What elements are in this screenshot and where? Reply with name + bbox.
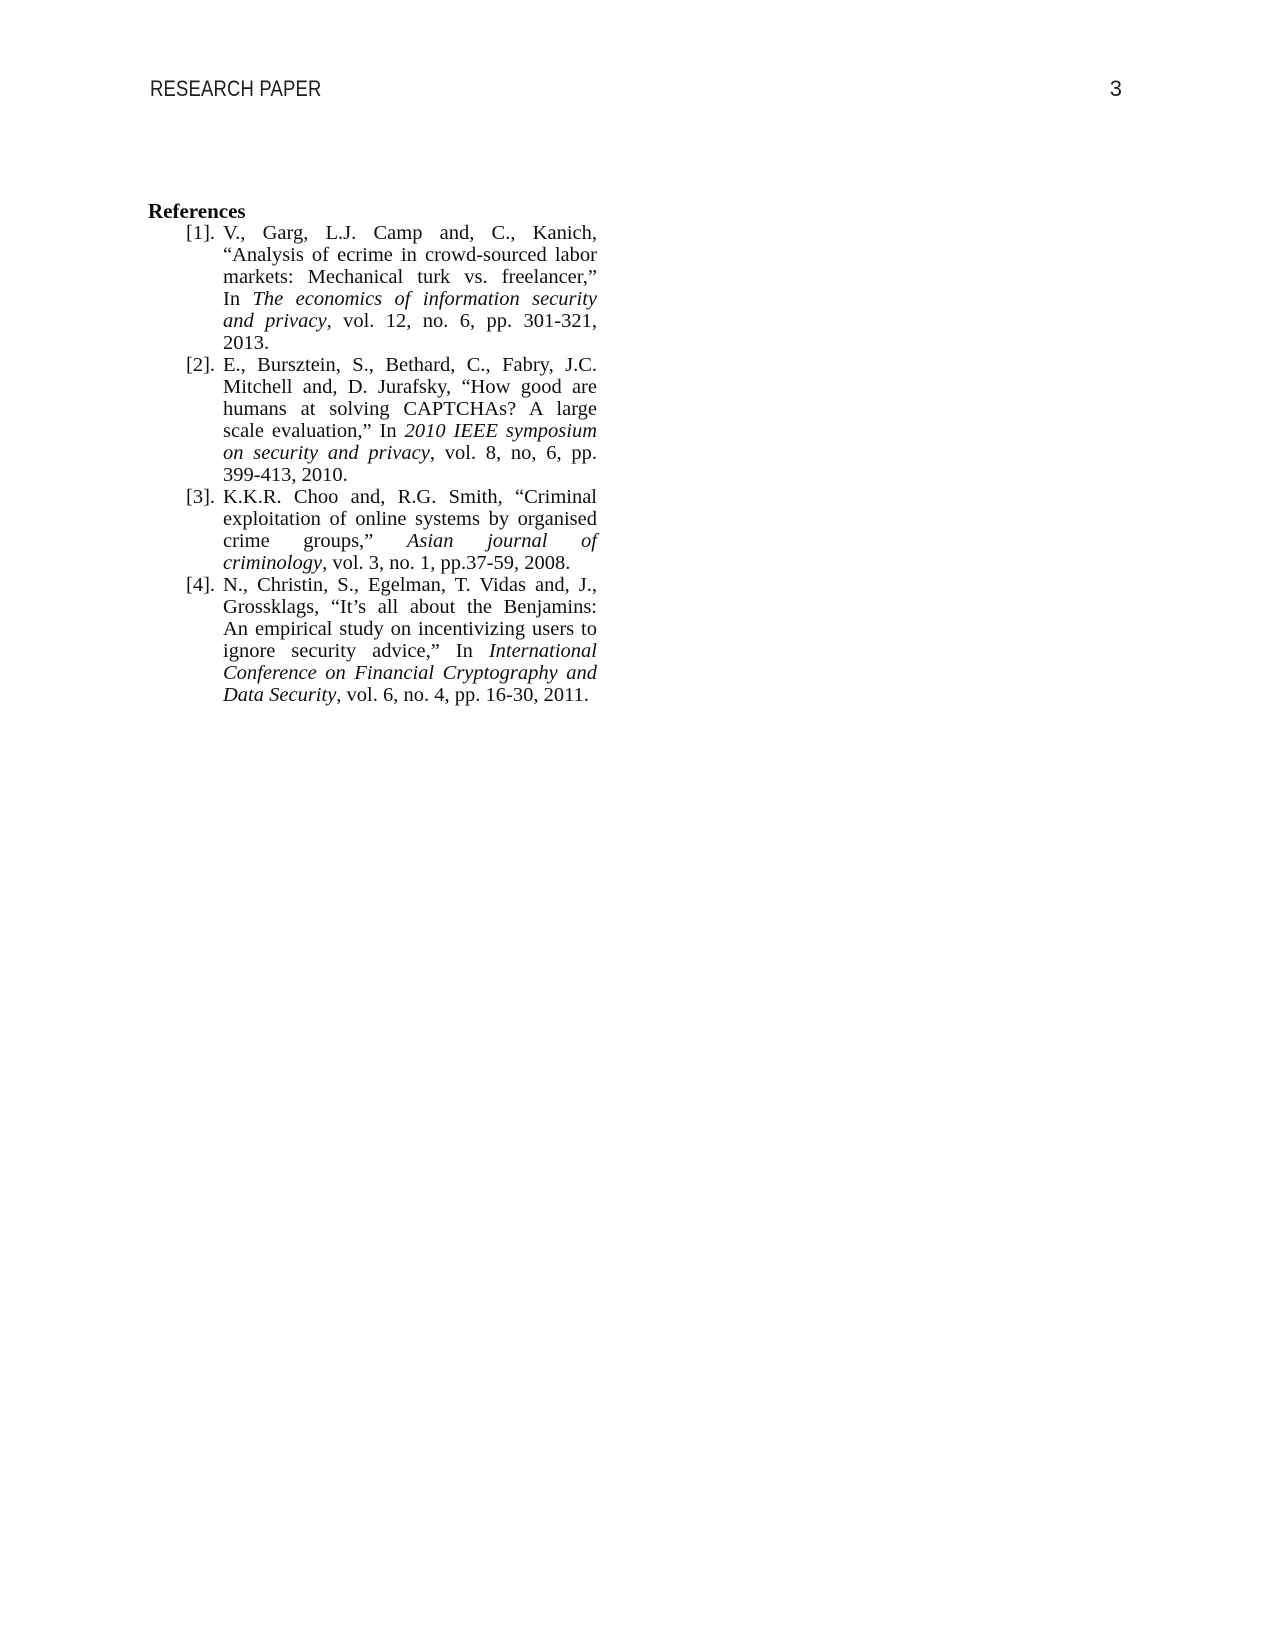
reference-segment: Grossklags, “It’s all about the Benjamin… bbox=[223, 596, 597, 618]
reference-text: K.K.R. Choo and, R.G. Smith, “Criminalex… bbox=[223, 486, 597, 574]
reference-number: [2]. bbox=[186, 354, 223, 376]
reference-text: E., Bursztein, S., Bethard, C., Fabry, J… bbox=[223, 354, 597, 486]
reference-line: criminology, vol. 3, no. 1, pp.37-59, 20… bbox=[223, 552, 597, 574]
document-page: RESEARCH PAPER 3 References [1].V., Garg… bbox=[0, 0, 1275, 1651]
reference-segment: ignore security advice,” In bbox=[223, 640, 489, 662]
reference-italic-segment: International bbox=[489, 640, 597, 662]
reference-line: markets: Mechanical turk vs. freelancer,… bbox=[223, 266, 597, 288]
reference-segment: “Analysis of ecrime in crowd-sourced lab… bbox=[223, 244, 597, 266]
reference-segment: E., Bursztein, S., Bethard, C., Fabry, J… bbox=[223, 354, 597, 376]
reference-line: 2013. bbox=[223, 332, 597, 354]
reference-italic-segment: Data Security bbox=[223, 684, 336, 706]
reference-number: [3]. bbox=[186, 486, 223, 508]
reference-line: ignore security advice,” In Internationa… bbox=[223, 640, 597, 662]
reference-number: [1]. bbox=[186, 222, 223, 244]
references-list: [1].V., Garg, L.J. Camp and, C., Kanich,… bbox=[148, 222, 600, 706]
reference-segment: crime groups,” bbox=[223, 530, 407, 552]
reference-line: Grossklags, “It’s all about the Benjamin… bbox=[223, 596, 597, 618]
reference-text: V., Garg, L.J. Camp and, C., Kanich,“Ana… bbox=[223, 222, 597, 354]
reference-text: N., Christin, S., Egelman, T. Vidas and,… bbox=[223, 574, 597, 706]
reference-line: scale evaluation,” In 2010 IEEE symposiu… bbox=[223, 420, 597, 442]
reference-segment: V., Garg, L.J. Camp and, C., Kanich, bbox=[223, 222, 597, 244]
reference-line: exploitation of online systems by organi… bbox=[223, 508, 597, 530]
reference-segment: K.K.R. Choo and, R.G. Smith, “Criminal bbox=[223, 486, 597, 508]
reference-segment: markets: Mechanical turk vs. freelancer,… bbox=[223, 266, 597, 288]
running-header-title: RESEARCH PAPER bbox=[150, 78, 321, 100]
reference-item: [4].N., Christin, S., Egelman, T. Vidas … bbox=[148, 574, 600, 706]
reference-line: Data Security, vol. 6, no. 4, pp. 16-30,… bbox=[223, 684, 597, 706]
reference-item: [2].E., Bursztein, S., Bethard, C., Fabr… bbox=[148, 354, 600, 486]
reference-italic-segment: on security and privacy bbox=[223, 442, 430, 464]
reference-line: crime groups,” Asian journal of bbox=[223, 530, 597, 552]
reference-segment: N., Christin, S., Egelman, T. Vidas and,… bbox=[223, 574, 597, 596]
reference-segment: 399-413, 2010. bbox=[223, 464, 348, 486]
reference-segment: , vol. 6, no. 4, pp. 16-30, 2011. bbox=[336, 684, 589, 706]
reference-segment: In bbox=[223, 288, 252, 310]
reference-number: [4]. bbox=[186, 574, 223, 596]
reference-line: “Analysis of ecrime in crowd-sourced lab… bbox=[223, 244, 597, 266]
reference-segment: 2013. bbox=[223, 332, 269, 354]
reference-segment: Mitchell and, D. Jurafsky, “How good are bbox=[223, 376, 597, 398]
reference-line: V., Garg, L.J. Camp and, C., Kanich, bbox=[223, 222, 597, 244]
reference-line: In The economics of information security bbox=[223, 288, 597, 310]
reference-italic-segment: Asian journal of bbox=[407, 530, 597, 552]
reference-line: E., Bursztein, S., Bethard, C., Fabry, J… bbox=[223, 354, 597, 376]
references-section: References [1].V., Garg, L.J. Camp and, … bbox=[148, 200, 600, 706]
reference-segment: , vol. 3, no. 1, pp.37-59, 2008. bbox=[322, 552, 570, 574]
reference-item: [1].V., Garg, L.J. Camp and, C., Kanich,… bbox=[148, 222, 600, 354]
reference-segment: , vol. 12, no. 6, pp. 301-321, bbox=[327, 310, 597, 332]
reference-italic-segment: 2010 IEEE symposium bbox=[405, 420, 597, 442]
reference-line: Conference on Financial Cryptography and bbox=[223, 662, 597, 684]
reference-line: K.K.R. Choo and, R.G. Smith, “Criminal bbox=[223, 486, 597, 508]
reference-italic-segment: criminology bbox=[223, 552, 322, 574]
reference-line: and privacy, vol. 12, no. 6, pp. 301-321… bbox=[223, 310, 597, 332]
reference-line: on security and privacy, vol. 8, no, 6, … bbox=[223, 442, 597, 464]
reference-line: humans at solving CAPTCHAs? A large bbox=[223, 398, 597, 420]
page-header: RESEARCH PAPER 3 bbox=[150, 78, 1122, 100]
reference-line: 399-413, 2010. bbox=[223, 464, 597, 486]
reference-line: Mitchell and, D. Jurafsky, “How good are bbox=[223, 376, 597, 398]
reference-segment: exploitation of online systems by organi… bbox=[223, 508, 597, 530]
reference-line: An empirical study on incentivizing user… bbox=[223, 618, 597, 640]
reference-italic-segment: Conference on Financial Cryptography and bbox=[223, 662, 597, 684]
reference-italic-segment: The economics of information security bbox=[252, 288, 597, 310]
reference-item: [3].K.K.R. Choo and, R.G. Smith, “Crimin… bbox=[148, 486, 600, 574]
reference-segment: humans at solving CAPTCHAs? A large bbox=[223, 398, 597, 420]
reference-line: N., Christin, S., Egelman, T. Vidas and,… bbox=[223, 574, 597, 596]
reference-segment: An empirical study on incentivizing user… bbox=[223, 618, 597, 640]
page-number: 3 bbox=[1110, 78, 1122, 100]
reference-italic-segment: and privacy bbox=[223, 310, 327, 332]
reference-segment: , vol. 8, no, 6, pp. bbox=[430, 442, 597, 464]
reference-segment: scale evaluation,” In bbox=[223, 420, 405, 442]
references-heading: References bbox=[148, 200, 600, 222]
